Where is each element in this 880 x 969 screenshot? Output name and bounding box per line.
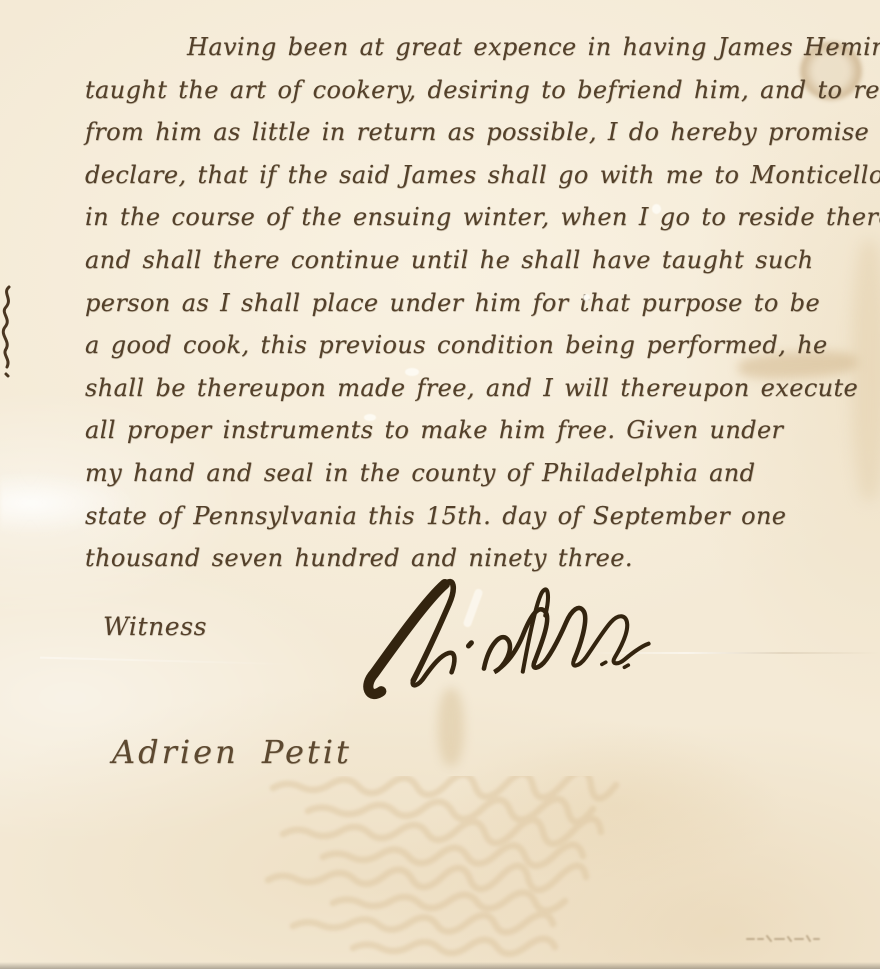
faint-inventory-mark <box>744 929 822 945</box>
jefferson-signature: Th: Jefferson <box>347 560 658 708</box>
manuscript-line: from him as little in return as possible… <box>85 111 880 154</box>
manuscript-line: and shall there continue until he shall … <box>85 239 880 282</box>
paper-speck <box>364 414 376 421</box>
manuscript-line: in the course of the ensuing winter, whe… <box>85 196 880 239</box>
paper-crease <box>40 657 300 666</box>
manuscript-line: all proper instruments to make him free.… <box>85 409 880 452</box>
manuscript-line: person as I shall place under him for th… <box>85 282 880 325</box>
manuscript-line: a good cook, this previous condition bei… <box>85 324 880 367</box>
manuscript-line: Having been at great expence in having J… <box>85 26 880 69</box>
jefferson-signature-scrawl <box>347 560 658 708</box>
manuscript-line: taught the art of cookery, desiring to b… <box>85 69 880 112</box>
witness-label: Witness <box>103 612 207 641</box>
petit-signature: Adrien Petit <box>112 733 352 771</box>
paper-speck <box>652 204 661 214</box>
manuscript-page: Having been at great expence in having J… <box>0 0 880 969</box>
manuscript-line: state of Pennsylvania this 15th. day of … <box>85 495 880 538</box>
manuscript-line: shall be thereupon made free, and I will… <box>85 367 880 410</box>
edge-docket-mark <box>0 283 18 379</box>
manuscript-line: my hand and seal in the county of Philad… <box>85 452 880 495</box>
manuscript-line: declare, that if the said James shall go… <box>85 154 880 197</box>
paper-speck <box>583 294 590 301</box>
manuscript-body: Having been at great expence in having J… <box>85 26 880 580</box>
ink-bleedthrough <box>213 776 728 964</box>
paper-speck <box>405 368 419 376</box>
